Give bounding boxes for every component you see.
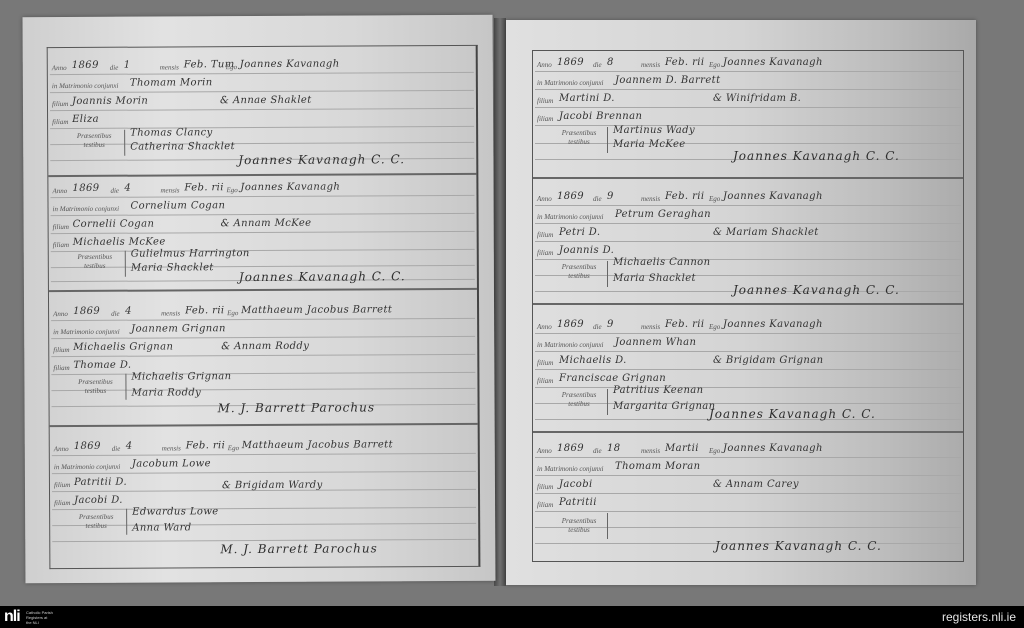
mensis-label: mensis: [162, 444, 181, 452]
anno-label: Anno: [54, 445, 69, 453]
bride-value: & Winifridam B.: [713, 93, 801, 104]
witnesses-label: Præsentibustestibus: [551, 517, 607, 535]
register-viewer[interactable]: Anno 1869 die 1 mensis Feb. Tum Ego Joan…: [0, 0, 1024, 606]
mensis-label: mensis: [161, 309, 180, 317]
mensis-value: Feb. rii: [665, 191, 704, 202]
ego-value: Joannes Kavanagh: [723, 191, 823, 202]
filium-label: filium: [53, 223, 69, 231]
priest-signature: M. J. Barrett Parochus: [218, 400, 375, 415]
groom-father-value: Cornelii Cogan: [73, 219, 155, 230]
anno-label: Anno: [537, 447, 552, 455]
groom-value: Cornelium Cogan: [130, 200, 225, 211]
matrimonio-label: in Matrimonio conjunxi: [53, 205, 120, 213]
witness-1: Michaelis Grignan: [131, 371, 231, 383]
groom-value: Thomam Moran: [615, 461, 700, 472]
register-entry: Anno 1869 die 18 mensis Martii Ego Joann…: [533, 431, 963, 561]
groom-father-value: Patritii D.: [74, 477, 127, 488]
ego-label: Ego: [226, 186, 237, 194]
filiam-label: filiam: [537, 115, 553, 123]
die-label: die: [593, 447, 602, 455]
groom-father-value: Martini D.: [559, 93, 615, 104]
mensis-label: mensis: [641, 195, 660, 203]
ego-label: Ego: [228, 444, 239, 452]
filiam-label: filiam: [52, 118, 68, 126]
anno-label: Anno: [537, 323, 552, 331]
nli-logo[interactable]: nli: [4, 609, 20, 625]
bride-value: & Brigidam Grignan: [713, 355, 823, 366]
mensis-value: Feb. rii: [185, 305, 225, 316]
witness-2: Maria McKee: [613, 139, 686, 150]
witness-2: Margarita Grignan: [613, 401, 716, 412]
footer-bar: nli Catholic Parish Registers at the NLI…: [0, 606, 1024, 628]
anno-value: 1869: [557, 57, 584, 68]
anno-value: 1869: [557, 191, 584, 202]
priest-signature: Joannes Kavanagh C. C.: [733, 283, 900, 297]
groom-father-value: Jacobi: [559, 479, 593, 490]
mensis-value: Feb. rii: [184, 182, 224, 193]
register-entry: Anno 1869 die 4 mensis Feb. rii Ego Matt…: [50, 423, 479, 568]
die-label: die: [593, 195, 602, 203]
bride-father-value: Joannis D.: [559, 245, 614, 256]
priest-signature: M. J. Barrett Parochus: [220, 541, 377, 556]
logo-caption: Catholic Parish Registers at the NLI: [26, 610, 53, 625]
bride-value: & Annam McKee: [221, 218, 312, 229]
book-gutter: [494, 18, 506, 586]
register-entry: Anno 1869 die 8 mensis Feb. rii Ego Joan…: [533, 51, 963, 179]
priest-signature: Joannes Kavanagh C. C.: [239, 269, 406, 284]
groom-father-value: Michaelis Grignan: [73, 341, 173, 353]
witness-2: Maria Roddy: [131, 387, 201, 398]
ego-label: Ego: [709, 195, 720, 203]
ego-value: Joannes Kavanagh: [723, 443, 823, 454]
matrimonio-label: in Matrimonio conjunxi: [54, 463, 121, 471]
register-entry: Anno 1869 die 4 mensis Feb. rii Ego Matt…: [49, 288, 478, 427]
ego-value: Matthaeum Jacobus Barrett: [241, 304, 392, 316]
filiam-label: filiam: [53, 241, 69, 249]
register-entry: Anno 1869 die 4 mensis Feb. rii Ego Joan…: [48, 173, 477, 292]
witness-2: Maria Shacklet: [131, 262, 214, 273]
filiam-label: filiam: [53, 364, 69, 372]
priest-signature: Joannes Kavanagh C. C.: [238, 152, 405, 167]
mensis-label: mensis: [641, 323, 660, 331]
bride-father-value: Patritii: [559, 497, 597, 508]
bride-father-value: Thomae D.: [73, 360, 131, 371]
die-label: die: [593, 323, 602, 331]
witnesses-label: Præsentibustestibus: [68, 513, 124, 531]
die-value: 4: [126, 441, 133, 452]
filium-label: filium: [537, 231, 553, 239]
mensis-value: Feb. rii: [186, 440, 226, 451]
witness-1: Edwardus Lowe: [132, 506, 219, 517]
ego-label: Ego: [226, 63, 237, 71]
ego-label: Ego: [709, 323, 720, 331]
ego-value: Matthaeum Jacobus Barrett: [242, 439, 393, 451]
die-value: 4: [125, 306, 132, 317]
mensis-value: Feb. rii: [665, 319, 704, 330]
groom-value: Joannem Whan: [615, 337, 696, 348]
witness-1: Gulielmus Harrington: [131, 248, 250, 260]
die-value: 18: [607, 443, 621, 454]
witnesses-label: Præsentibustestibus: [67, 253, 123, 271]
register-entry: Anno 1869 die 1 mensis Feb. Tum Ego Joan…: [48, 46, 477, 177]
priest-signature: Joannes Kavanagh C. C.: [715, 539, 882, 553]
bride-father-value: Jacobi D.: [74, 495, 123, 506]
right-page: Anno 1869 die 8 mensis Feb. rii Ego Joan…: [506, 20, 976, 585]
die-value: 1: [124, 60, 131, 71]
matrimonio-label: in Matrimonio conjunxi: [537, 213, 604, 221]
anno-value: 1869: [557, 443, 584, 454]
witnesses-label: Præsentibustestibus: [551, 263, 607, 281]
die-value: 8: [607, 57, 614, 68]
die-label: die: [111, 310, 120, 318]
left-page: Anno 1869 die 1 mensis Feb. Tum Ego Joan…: [23, 15, 496, 583]
anno-label: Anno: [53, 310, 68, 318]
bride-father-value: Michaelis McKee: [73, 236, 166, 247]
mensis-value: Feb. rii: [665, 57, 704, 68]
witness-1: Martinus Wady: [613, 125, 695, 136]
ego-label: Ego: [227, 309, 238, 317]
witness-2: Maria Shacklet: [613, 273, 696, 284]
anno-value: 1869: [72, 60, 99, 71]
groom-value: Joannem Grignan: [131, 323, 226, 334]
matrimonio-label: in Matrimonio conjunxi: [52, 82, 119, 90]
anno-label: Anno: [537, 195, 552, 203]
bride-value: & Brigidam Wardy: [222, 480, 323, 492]
die-value: 9: [607, 191, 614, 202]
anno-label: Anno: [537, 61, 552, 69]
filiam-label: filiam: [537, 501, 553, 509]
bride-father-value: Jacobi Brennan: [559, 111, 642, 122]
filium-label: filium: [53, 346, 69, 354]
groom-father-value: Joannis Morin: [72, 96, 148, 107]
witnesses-label: Præsentibustestibus: [551, 391, 607, 409]
die-value: 4: [124, 183, 131, 194]
bride-value: & Annae Shaklet: [220, 95, 312, 106]
ego-label: Ego: [709, 447, 720, 455]
die-label: die: [593, 61, 602, 69]
mensis-label: mensis: [160, 186, 179, 194]
mensis-label: mensis: [160, 63, 179, 71]
anno-label: Anno: [52, 187, 67, 195]
anno-value: 1869: [557, 319, 584, 330]
priest-signature: Joannes Kavanagh C. C.: [733, 149, 900, 163]
register-entry: Anno 1869 die 9 mensis Feb. rii Ego Joan…: [533, 303, 963, 433]
witness-1: Patritius Keenan: [613, 385, 704, 396]
die-label: die: [110, 187, 119, 195]
filiam-label: filiam: [537, 249, 553, 257]
matrimonio-label: in Matrimonio conjunxi: [537, 341, 604, 349]
site-link[interactable]: registers.nli.ie: [942, 610, 1016, 624]
mensis-label: mensis: [641, 447, 660, 455]
groom-father-value: Michaelis D.: [559, 355, 627, 366]
filium-label: filium: [537, 97, 553, 105]
priest-signature: Joannes Kavanagh C. C.: [709, 407, 876, 421]
filium-label: filium: [52, 100, 68, 108]
filiam-label: filiam: [537, 377, 553, 385]
matrimonio-label: in Matrimonio conjunxi: [537, 79, 604, 87]
bride-father-value: Franciscae Grignan: [559, 373, 666, 384]
ego-value: Joannes Kavanagh: [240, 59, 340, 71]
groom-value: Joannem D. Barrett: [615, 75, 721, 86]
ego-label: Ego: [709, 61, 720, 69]
anno-value: 1869: [74, 441, 101, 452]
groom-father-value: Petri D.: [559, 227, 600, 238]
witness-2: Catherina Shacklet: [130, 141, 235, 153]
groom-value: Jacobum Lowe: [132, 458, 211, 469]
die-label: die: [112, 445, 121, 453]
bride-value: & Mariam Shacklet: [713, 227, 819, 238]
register-entry: Anno 1869 die 9 mensis Feb. rii Ego Joan…: [533, 177, 963, 305]
witness-2: Anna Ward: [132, 522, 191, 533]
bride-value: & Annam Carey: [713, 479, 799, 490]
die-label: die: [110, 64, 119, 72]
groom-value: Thomam Morin: [130, 77, 213, 88]
ego-value: Joannes Kavanagh: [240, 182, 340, 194]
filium-label: filium: [537, 483, 553, 491]
left-page-frame: Anno 1869 die 1 mensis Feb. Tum Ego Joan…: [47, 45, 481, 569]
witnesses-label: Præsentibustestibus: [66, 132, 122, 150]
filium-label: filium: [537, 359, 553, 367]
ego-value: Joannes Kavanagh: [723, 319, 823, 330]
bride-father-value: Eliza: [72, 114, 99, 125]
mensis-label: mensis: [641, 61, 660, 69]
matrimonio-label: in Matrimonio conjunxi: [537, 465, 604, 473]
groom-value: Petrum Geraghan: [615, 209, 711, 220]
anno-label: Anno: [52, 64, 67, 72]
witness-1: Michaelis Cannon: [613, 257, 710, 268]
mensis-value: Martii: [665, 443, 699, 454]
filiam-label: filiam: [54, 499, 70, 507]
right-page-frame: Anno 1869 die 8 mensis Feb. rii Ego Joan…: [532, 50, 964, 562]
ego-value: Joannes Kavanagh: [723, 57, 823, 68]
filium-label: filium: [54, 481, 70, 489]
anno-value: 1869: [72, 183, 99, 194]
witness-1: Thomas Clancy: [130, 127, 213, 138]
die-value: 9: [607, 319, 614, 330]
witnesses-label: Præsentibustestibus: [551, 129, 607, 147]
bride-value: & Annam Roddy: [221, 341, 309, 352]
witnesses-label: Præsentibustestibus: [67, 378, 123, 396]
anno-value: 1869: [73, 306, 100, 317]
matrimonio-label: in Matrimonio conjunxi: [53, 328, 120, 336]
